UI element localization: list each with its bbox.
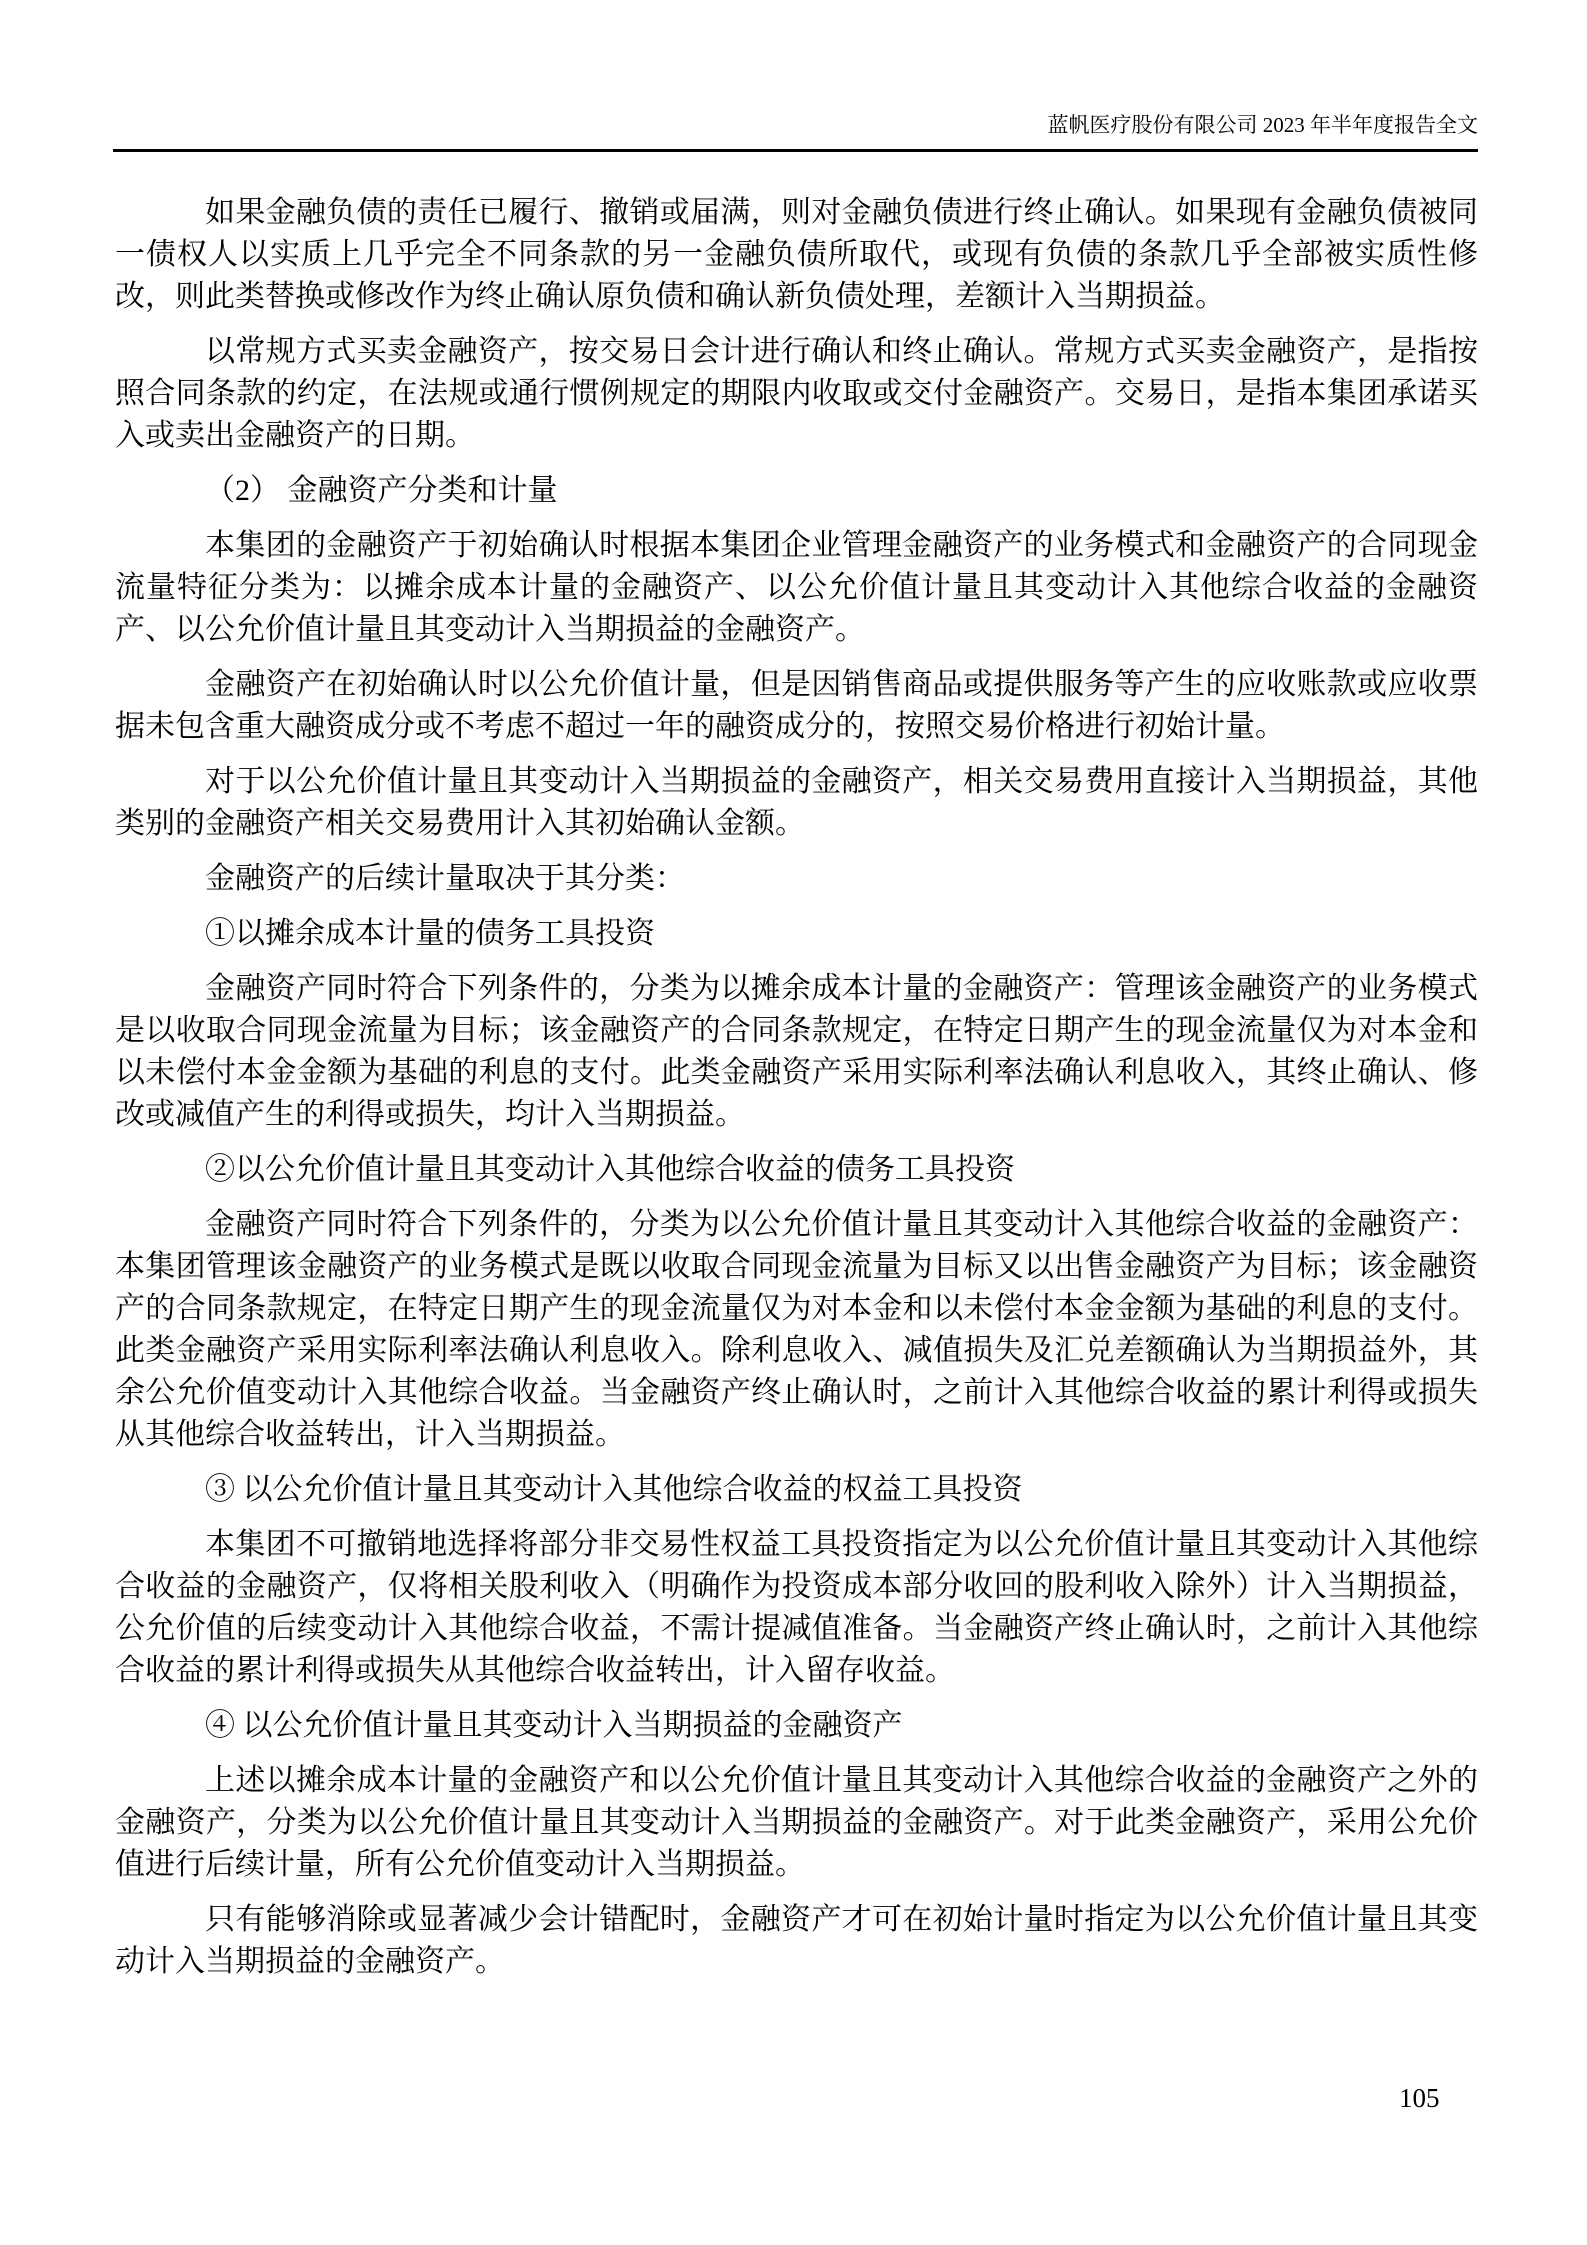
paragraph: 上述以摊余成本计量的金融资产和以公允价值计量且其变动计入其他综合收益的金融资产之… <box>115 1760 1478 1886</box>
page-header: 蓝帆医疗股份有限公司 2023 年半年度报告全文 <box>113 110 1478 140</box>
paragraph: 只有能够消除或显著减少会计错配时，金融资产才可在初始计量时指定为以公允价值计量且… <box>115 1899 1478 1983</box>
paragraph: 金融资产同时符合下列条件的，分类为以摊余成本计量的金融资产：管理该金融资产的业务… <box>115 968 1478 1136</box>
page-number: 105 <box>1399 2083 1440 2113</box>
paragraph: 本集团不可撤销地选择将部分非交易性权益工具投资指定为以公允价值计量且其变动计入其… <box>115 1524 1478 1692</box>
report-page: 蓝帆医疗股份有限公司 2023 年半年度报告全文 如果金融负债的责任已履行、撤销… <box>0 0 1587 2245</box>
paragraph: ④ 以公允价值计量且其变动计入当期损益的金融资产 <box>115 1705 1478 1747</box>
paragraph: 对于以公允价值计量且其变动计入当期损益的金融资产，相关交易费用直接计入当期损益，… <box>115 761 1478 845</box>
paragraph: 金融资产的后续计量取决于其分类： <box>115 858 1478 900</box>
header-rule <box>113 149 1478 152</box>
paragraph: ②以公允价值计量且其变动计入其他综合收益的债务工具投资 <box>115 1149 1478 1191</box>
paragraph: 以常规方式买卖金融资产，按交易日会计进行确认和终止确认。常规方式买卖金融资产，是… <box>115 331 1478 457</box>
paragraph: ③ 以公允价值计量且其变动计入其他综合收益的权益工具投资 <box>115 1469 1478 1511</box>
paragraph: 金融资产同时符合下列条件的，分类为以公允价值计量且其变动计入其他综合收益的金融资… <box>115 1204 1478 1456</box>
paragraph: （2） 金融资产分类和计量 <box>115 470 1478 512</box>
paragraph: 金融资产在初始确认时以公允价值计量，但是因销售商品或提供服务等产生的应收账款或应… <box>115 664 1478 748</box>
paragraph: ①以摊余成本计量的债务工具投资 <box>115 913 1478 955</box>
header-title: 蓝帆医疗股份有限公司 2023 年半年度报告全文 <box>1048 113 1479 137</box>
document-body: 如果金融负债的责任已履行、撤销或届满，则对金融负债进行终止确认。如果现有金融负债… <box>115 192 1478 1996</box>
paragraph: 如果金融负债的责任已履行、撤销或届满，则对金融负债进行终止确认。如果现有金融负债… <box>115 192 1478 318</box>
paragraph: 本集团的金融资产于初始确认时根据本集团企业管理金融资产的业务模式和金融资产的合同… <box>115 525 1478 651</box>
